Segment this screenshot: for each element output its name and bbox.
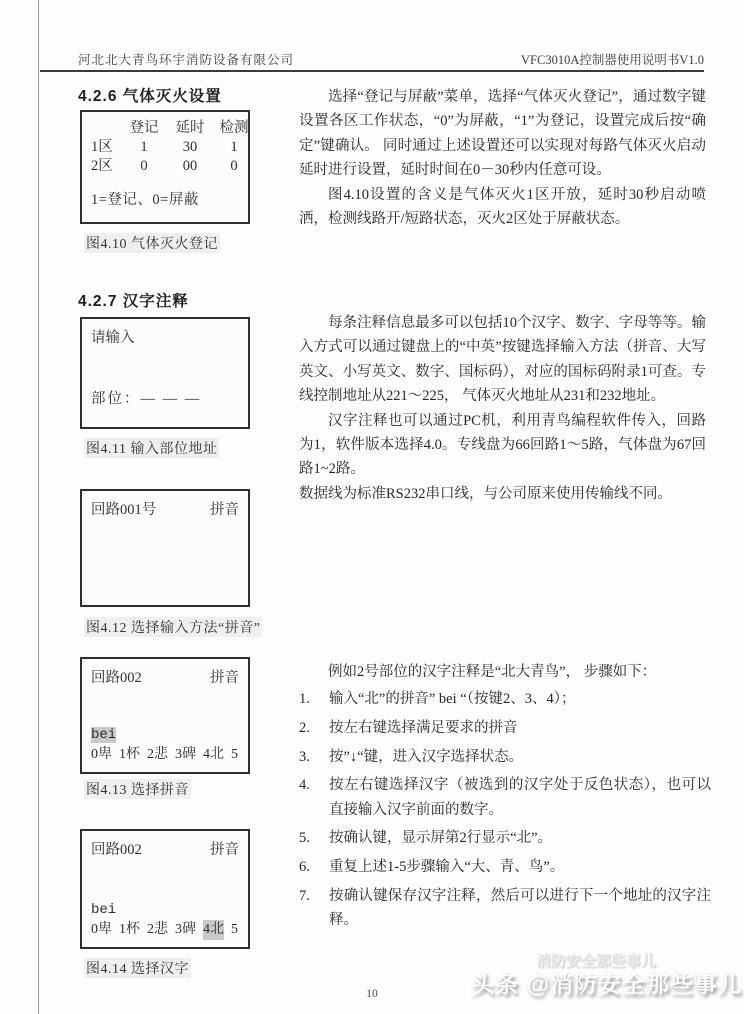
page-left-border xyxy=(38,0,39,1014)
step-text: 按”↓“键，进入汉字选择状态。 xyxy=(329,745,711,769)
step-item: 4. 按左右键选择汉字（被选到的汉字处于反色状态），也可以直接输入汉字前面的数字… xyxy=(299,773,711,821)
candidate: 2悲 xyxy=(147,745,168,765)
step-text: 按左右键选择汉字（被选到的汉字处于反色状态），也可以直接输入汉字前面的数字。 xyxy=(329,773,711,821)
section-4-2-7-body: 每条注释信息最多可以包括10个汉字、数字、字母等等。输入方式可以通过键盘上的“中… xyxy=(299,311,706,506)
paragraph: 每条注释信息最多可以包括10个汉字、数字、字母等等。输入方式可以通过键盘上的“中… xyxy=(299,311,706,409)
step-text: 输入“北”的拼音” bei “（按键2、3、4）； xyxy=(329,687,711,711)
table-cell-empty xyxy=(91,119,123,137)
watermark-toutiao: 头条 @消防安全那些事儿 xyxy=(471,966,742,999)
lcd-input-method-label: 拼音 xyxy=(210,666,239,687)
table-cell: 2区 xyxy=(91,157,123,175)
candidate: 1杯 xyxy=(119,920,140,940)
table-cell: 30 xyxy=(165,138,215,156)
step-number: 2. xyxy=(299,716,329,740)
step-text: 按左右键选择满足要求的拼音 xyxy=(329,716,711,740)
pinyin-selected: bei xyxy=(91,727,116,743)
lcd-loop-label: 回路002 xyxy=(91,838,142,859)
step-item: 2. 按左右键选择满足要求的拼音 xyxy=(299,716,711,740)
candidate: 3碑 xyxy=(175,745,196,765)
candidate: 1杯 xyxy=(119,745,140,765)
table-header-detect: 检测 xyxy=(215,119,253,137)
table-legend: 1=登记、0=屏蔽 xyxy=(91,188,239,209)
step-number: 1. xyxy=(299,687,329,711)
step-number: 4. xyxy=(299,773,329,821)
lcd-address-line: 部位：— — — xyxy=(91,387,239,408)
table-cell: 0 xyxy=(215,157,253,175)
header-company: 河北北大青鸟环宇消防设备有限公司 xyxy=(78,50,294,68)
table-cell: 1 xyxy=(123,138,165,156)
candidate: 3碑 xyxy=(175,920,196,940)
figure-4-11-display: 请输入 部位：— — — xyxy=(80,317,250,429)
table-header-delay: 延时 xyxy=(165,119,215,137)
step-item: 7. 按确认键保存汉字注释，然后可以进行下一个地址的汉字注释。 xyxy=(299,884,711,932)
paragraph: 选择“登记与屏蔽”菜单，选择“气体灭火登记”，通过数字键设置各区工作状态，“0”… xyxy=(299,85,706,183)
step-number: 5. xyxy=(299,826,329,850)
paragraph: 汉字注释也可以通过PC机，利用青鸟编程软件传入，回路为1，软件版本选择4.0。专… xyxy=(299,409,706,482)
figure-4-13-display: 回路002 拼音 bei 0卑 1杯 2悲 3碑 4北 5 xyxy=(80,657,250,774)
paragraph: 数据线为标准RS232串口线，与公司原来使用传输线不同。 xyxy=(299,482,706,506)
lcd-candidates-line: 0卑 1杯 2悲 3碑 4北 5 xyxy=(91,745,239,765)
candidate: 4北 xyxy=(203,745,224,765)
lcd-loop-label: 回路002 xyxy=(91,666,142,687)
lcd-candidates-line: 0卑 1杯 2悲 3碑 4北 5 xyxy=(91,920,239,940)
candidate: 5 xyxy=(231,920,238,940)
figure-4-13-caption: 图4.13 选择拼音 xyxy=(84,779,191,799)
document-page: 河北北大青鸟环宇消防设备有限公司 VFC3010A控制器使用说明书V1.0 4.… xyxy=(0,0,744,1014)
gas-register-table: 登记 延时 检测 1区 1 30 1 2区 0 00 0 xyxy=(91,119,239,175)
lcd-input-method-label: 拼音 xyxy=(210,498,239,519)
step-item: 5. 按确认键，显示屏第2行显示“北”。 xyxy=(299,826,711,850)
section-4-2-6-body: 选择“登记与屏蔽”菜单，选择“气体灭火登记”，通过数字键设置各区工作状态，“0”… xyxy=(299,85,706,231)
candidate: 0卑 xyxy=(91,920,112,940)
step-text: 按确认键保存汉字注释，然后可以进行下一个地址的汉字注释。 xyxy=(329,884,711,932)
candidate-selected: 4北 xyxy=(203,920,224,940)
step-text: 重复上述1-5步骤输入“大、青、鸟”。 xyxy=(329,855,711,879)
section-4-2-7-title: 4.2.7 汉字注释 xyxy=(78,289,189,311)
paragraph: 图4.10设置的含义是气体灭火1区开放，延时30秒启动喷洒，检测线路开/短路状态… xyxy=(299,183,706,232)
step-item: 6. 重复上述1-5步骤输入“大、青、鸟”。 xyxy=(299,855,711,879)
table-cell: 1 xyxy=(215,138,253,156)
lcd-pinyin-line: bei xyxy=(91,901,239,920)
pinyin-entered: bei xyxy=(91,902,116,918)
figure-4-10-display: 登记 延时 检测 1区 1 30 1 2区 0 00 0 1=登记、0=屏蔽 xyxy=(80,110,250,224)
figure-4-14-display: 回路002 拼音 bei 0卑 1杯 2悲 3碑 4北 5 xyxy=(80,829,250,949)
hanzi-input-steps: 例如2号部位的汉字注释是“北大青鸟”， 步骤如下： 1. 输入“北”的拼音” b… xyxy=(299,660,711,937)
lcd-pinyin-line: bei xyxy=(91,726,239,745)
candidate: 0卑 xyxy=(91,745,112,765)
candidate: 2悲 xyxy=(147,920,168,940)
header-divider xyxy=(40,70,704,72)
table-header-register: 登记 xyxy=(123,119,165,137)
figure-4-12-display: 回路001号 拼音 xyxy=(80,489,250,607)
figure-4-10-caption: 图4.10 气体灭火登记 xyxy=(84,233,220,253)
lcd-input-method-label: 拼音 xyxy=(210,838,239,859)
figure-4-12-caption: 图4.12 选择输入方法“拼音” xyxy=(84,617,262,637)
step-text: 按确认键，显示屏第2行显示“北”。 xyxy=(329,826,711,850)
step-number: 6. xyxy=(299,855,329,879)
lcd-prompt-line: 请输入 xyxy=(91,326,239,347)
lcd-loop-label: 回路001号 xyxy=(91,498,156,519)
step-item: 1. 输入“北”的拼音” bei “（按键2、3、4）； xyxy=(299,687,711,711)
header-doc-title: VFC3010A控制器使用说明书V1.0 xyxy=(521,50,704,68)
figure-4-14-caption: 图4.14 选择汉字 xyxy=(84,958,191,978)
table-cell: 1区 xyxy=(91,138,123,156)
table-cell: 0 xyxy=(123,157,165,175)
table-cell: 00 xyxy=(165,157,215,175)
step-item: 3. 按”↓“键，进入汉字选择状态。 xyxy=(299,745,711,769)
step-number: 3. xyxy=(299,745,329,769)
section-4-2-6-title: 4.2.6 气体灭火设置 xyxy=(78,84,222,106)
step-number: 7. xyxy=(299,884,329,932)
candidate: 5 xyxy=(231,745,238,765)
steps-intro: 例如2号部位的汉字注释是“北大青鸟”， 步骤如下： xyxy=(299,660,711,684)
figure-4-11-caption: 图4.11 输入部位地址 xyxy=(84,438,219,458)
